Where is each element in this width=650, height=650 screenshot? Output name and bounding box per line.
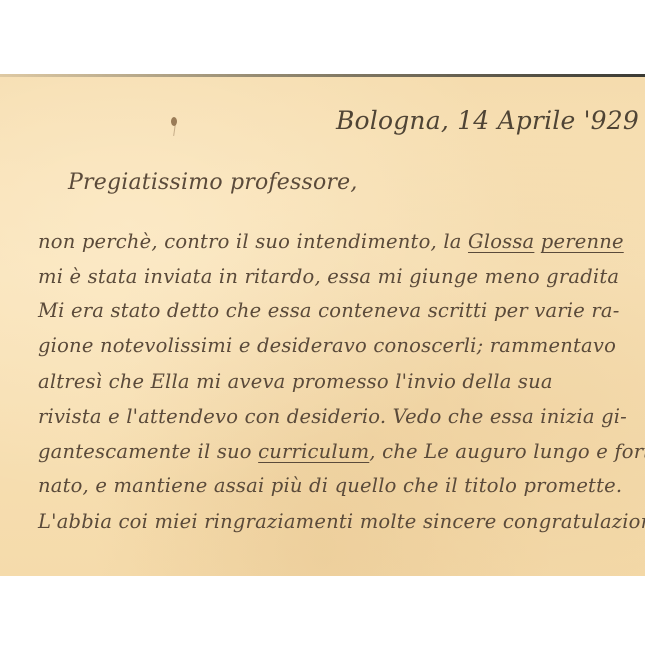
body-line-8: nato, e mantiene assai più di quello che… (38, 474, 622, 497)
line-text: gantescamente il suo (38, 440, 258, 463)
line-text: gione notevolissimi e desideravo conosce… (38, 334, 616, 357)
line-text: Mi era stato detto che essa conteneva sc… (38, 299, 620, 322)
underlined-word-glossa: Glossa (468, 230, 534, 253)
line-text: L'abbia coi miei ringraziamenti molte si… (38, 510, 645, 533)
underlined-word-curriculum: curriculum (258, 440, 369, 463)
line-text: altresì che Ella mi aveva promesso l'inv… (38, 370, 553, 393)
body-line-5: altresì che Ella mi aveva promesso l'inv… (38, 370, 553, 393)
body-line-6: rivista e l'attendevo con desiderio. Ved… (38, 405, 627, 428)
line-text: rivista e l'attendevo con desiderio. Ved… (38, 405, 627, 428)
line-text: mi è stata inviata in ritardo, essa mi g… (38, 265, 619, 288)
body-line-4: gione notevolissimi e desideravo conosce… (38, 334, 616, 357)
line-text: nato, e mantiene assai più di quello che… (38, 474, 622, 497)
paper-top-edge (0, 74, 645, 77)
body-line-2: mi è stata inviata in ritardo, essa mi g… (38, 265, 619, 288)
letter-paper: Bologna, 14 Aprile '929 Pregiatissimo pr… (0, 74, 645, 576)
underlined-word-perenne: perenne (541, 230, 624, 253)
place-and-date: Bologna, 14 Aprile '929 (336, 106, 639, 135)
line-text: non perchè, contro il suo intendimento, … (38, 230, 468, 253)
salutation: Pregiatissimo professore, (68, 170, 358, 195)
ink-stain-tail (173, 124, 176, 136)
body-line-7: gantescamente il suo curriculum, che Le … (38, 440, 645, 463)
body-line-9: L'abbia coi miei ringraziamenti molte si… (38, 510, 645, 533)
line-text: , che Le auguro lungo e fortu- (369, 440, 645, 463)
page-canvas: Bologna, 14 Aprile '929 Pregiatissimo pr… (0, 0, 650, 650)
body-line-3: Mi era stato detto che essa conteneva sc… (38, 299, 620, 322)
body-line-1: non perchè, contro il suo intendimento, … (38, 230, 624, 253)
